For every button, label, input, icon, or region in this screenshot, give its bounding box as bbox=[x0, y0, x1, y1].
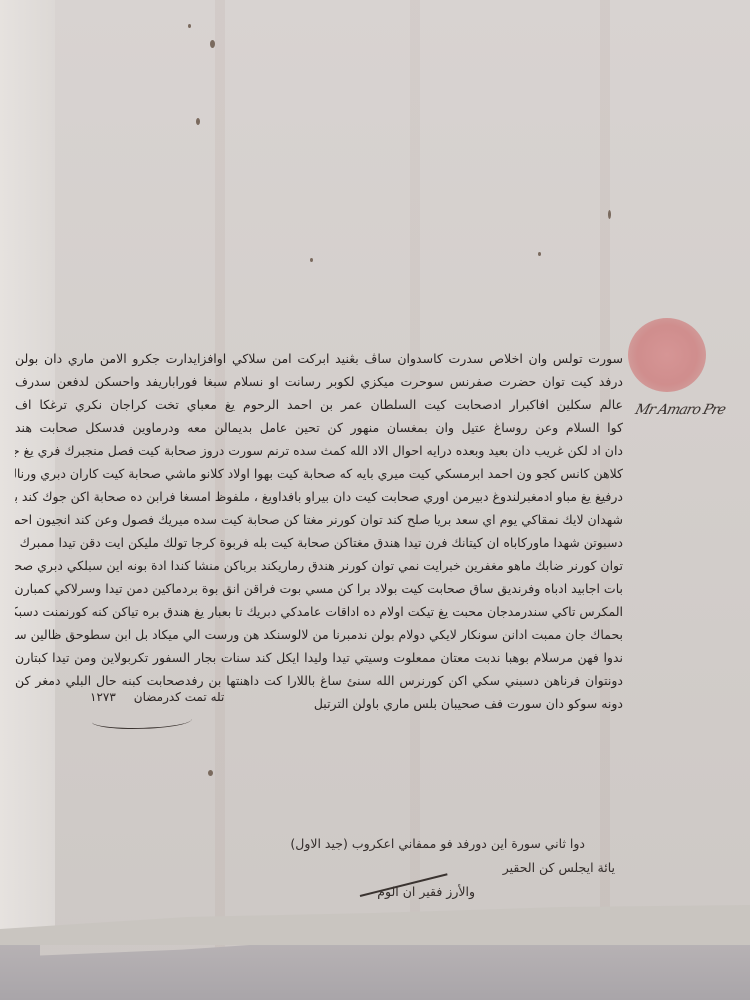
foxing-spot bbox=[310, 258, 313, 262]
body-line: درفد كيت توان حضرت صفرنس سوحرت ميكزي لكو… bbox=[15, 370, 623, 393]
date-year: ١٢٧٣ bbox=[90, 690, 116, 704]
body-line: سورت تولس وان اخلاص سدرت كاسدوان ساڤ بڠن… bbox=[15, 347, 623, 370]
foxing-spot bbox=[538, 252, 541, 256]
body-line: شهدان لايك نمقاكي يوم اي سعد بريا صلح كن… bbox=[15, 508, 623, 531]
foxing-spot bbox=[188, 24, 191, 28]
body-line: دونتوان فرناهن دسبني سكي اكن كورنرس الله… bbox=[15, 669, 623, 692]
letter-body: سورت تولس وان اخلاص سدرت كاسدوان ساڤ بڠن… bbox=[15, 347, 623, 715]
annotation-line: دوا ثاني سورة اين دورفد فو ممفاني اعكروب… bbox=[215, 832, 615, 856]
body-line: دان اد لكن غريب دان بعيد وبعده درايه احو… bbox=[15, 439, 623, 462]
date-line: تله تمت كدرمضان ١٢٧٣ bbox=[90, 690, 390, 704]
body-line: بات اجابيد ادباه وفرنديق ساق صحابت كيت ب… bbox=[15, 577, 623, 600]
body-line: بحماك جان ممبت ادانن سونكار لايكي دولام … bbox=[15, 623, 623, 646]
date-text: تله تمت كدرمضان bbox=[134, 690, 225, 704]
annotation-line: يائة ايجلس كن الحقير bbox=[215, 856, 615, 880]
foxing-spot bbox=[210, 40, 215, 48]
body-line: كوا السلام وعن روساغ عتيل وان بمغسان منه… bbox=[15, 416, 623, 439]
body-line: عالم سكلين افاكبرار ادصحابت كيت السلطان … bbox=[15, 393, 623, 416]
body-line: درفيغ يغ مباو ادمغبرلندوغ دبيرمن اوري صح… bbox=[15, 485, 623, 508]
foxing-spot bbox=[196, 118, 200, 125]
foxing-spot bbox=[208, 770, 213, 776]
body-line: المكرس تاكي سندرمدجان محبت يغ تيكت اولام… bbox=[15, 600, 623, 623]
foxing-spot bbox=[608, 210, 611, 219]
red-seal bbox=[628, 318, 706, 392]
body-line: دسبوتن شهدا ماوركاباه ان كيتانك فرن تيدا… bbox=[15, 531, 623, 554]
body-line: كلاهن كانس كجو ون احمد ابرمسكي كيت ميري … bbox=[15, 462, 623, 485]
annotation-line: والأرز فقير ان الوم bbox=[215, 880, 615, 904]
seal-signature: Mr Amaro Pre bbox=[632, 402, 750, 422]
body-line: توان كورنر ضابك ماهو مغفرين خبرايت نمي ت… bbox=[15, 554, 623, 577]
body-line: ندوا فهن مرسلام بوهبا ندبت معتان ممعلوت … bbox=[15, 646, 623, 669]
bottom-annotation: دوا ثاني سورة اين دورفد فو ممفاني اعكروب… bbox=[215, 832, 615, 904]
